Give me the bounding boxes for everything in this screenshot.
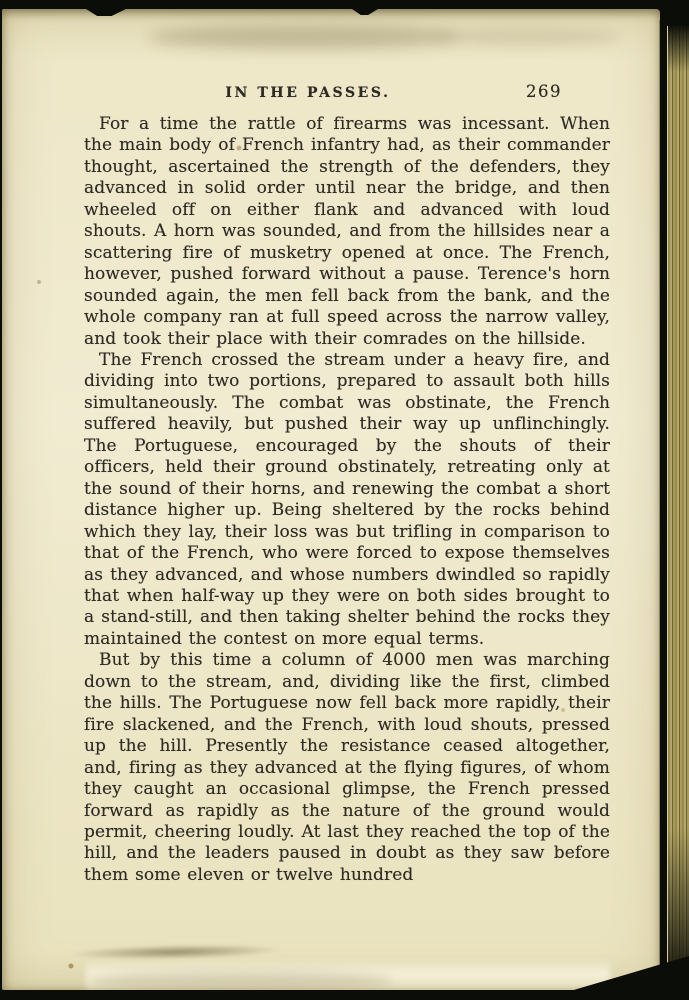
book-page: IN THE PASSES. 269 For a time the rattle… — [2, 9, 660, 991]
paragraph-1: For a time the rattle of firearms was in… — [84, 114, 610, 350]
scan-smudge-artifact — [432, 29, 622, 45]
page-edge-shadow — [659, 20, 667, 984]
paragraph-2: The French crossed the stream under a he… — [84, 350, 610, 650]
paper-speckles — [2, 9, 4, 11]
scanned-book-photo: { "document": { "kind": "scanned book pa… — [0, 0, 689, 1000]
page-number: 269 — [526, 82, 562, 101]
scan-smudge-artifact — [148, 25, 458, 49]
page-edge-stack — [667, 26, 689, 982]
page-body-text: For a time the rattle of firearms was in… — [84, 114, 610, 886]
paragraph-3: But by this time a column of 4000 men wa… — [84, 650, 610, 886]
running-header-title: IN THE PASSES. — [225, 85, 390, 101]
page-fold-shadow — [92, 971, 392, 991]
